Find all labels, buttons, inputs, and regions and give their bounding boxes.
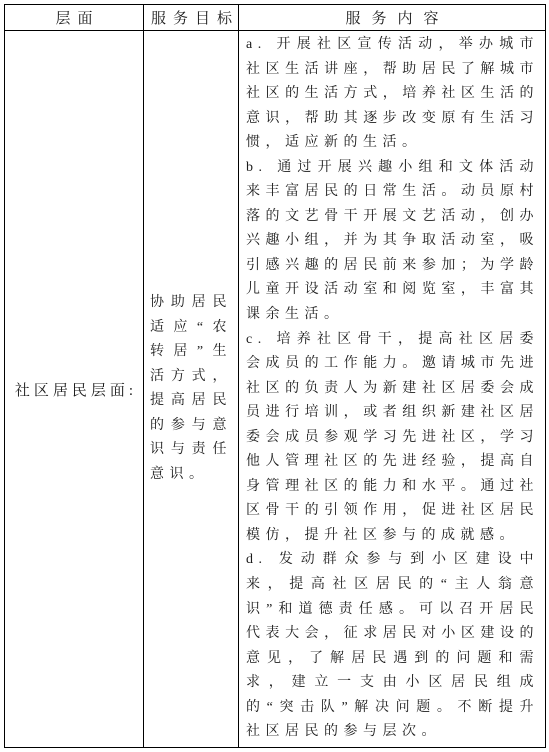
header-row: 层面 服务目标 服务内容 — [5, 5, 546, 31]
document-page: 层面 服务目标 服务内容 社区居民层面: 协助居民适应“农转居”生活方式，提高居… — [0, 0, 549, 752]
table-row: 社区居民层面: 协助居民适应“农转居”生活方式，提高居民的参与意识与责任意识。 … — [5, 31, 546, 748]
community-service-table: 层面 服务目标 服务内容 社区居民层面: 协助居民适应“农转居”生活方式，提高居… — [4, 4, 546, 748]
cell-service-goal: 协助居民适应“农转居”生活方式，提高居民的参与意识与责任意识。 — [144, 31, 239, 748]
cell-level-community-residents: 社区居民层面: — [5, 31, 144, 748]
cell-service-content: a. 开展社区宣传活动，举办城市社区生活讲座，帮助居民了解城市社区的生活方式，培… — [239, 31, 546, 748]
content-paragraph-b: b. 通过开展兴趣小组和文体活动来丰富居民的日常生活。动员原村落的文艺骨干开展文… — [246, 156, 539, 328]
content-paragraph-d: d. 发动群众参与到小区建设中来，提高社区居民的“主人翁意识”和道德责任感。可以… — [246, 548, 539, 744]
content-paragraph-a: a. 开展社区宣传活动，举办城市社区生活讲座，帮助居民了解城市社区的生活方式，培… — [246, 33, 539, 156]
header-level: 层面 — [5, 5, 144, 31]
content-paragraph-c: c. 培养社区骨干，提高社区居委会成员的工作能力。邀请城市先进社区的负责人为新建… — [246, 328, 539, 549]
header-service-goal: 服务目标 — [144, 5, 239, 31]
header-service-content: 服务内容 — [239, 5, 546, 31]
